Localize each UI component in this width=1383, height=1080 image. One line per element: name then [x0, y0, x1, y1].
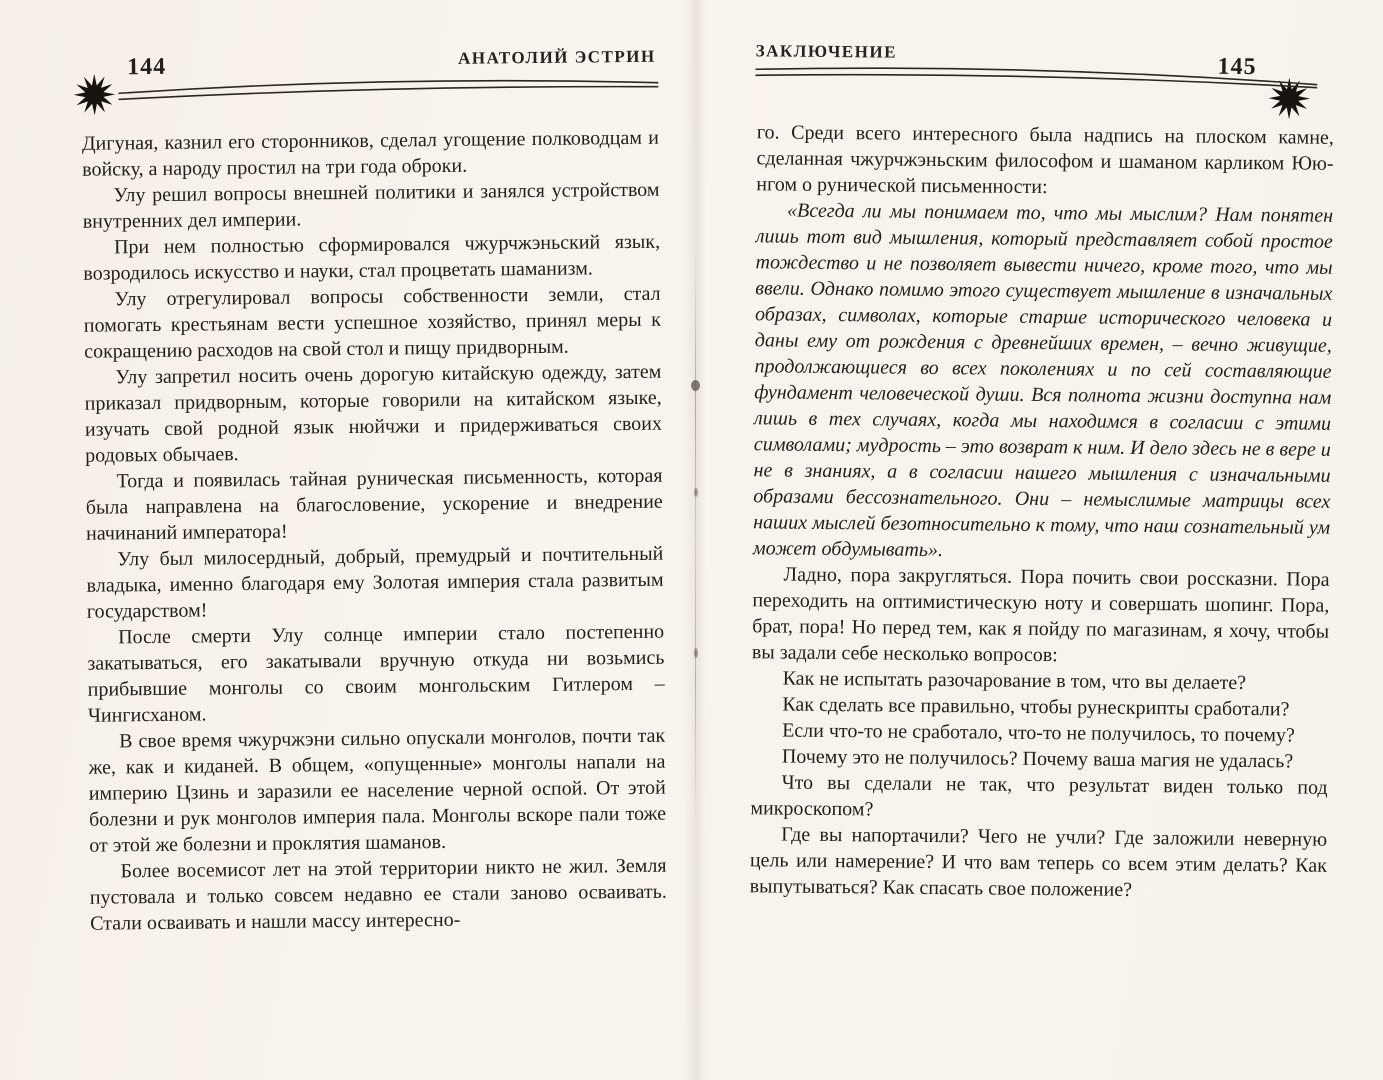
header-rule	[755, 59, 1317, 88]
paragraph: Тогда и появилась тайная руническая пись…	[85, 463, 663, 547]
star-ornament-icon	[68, 68, 121, 121]
paragraph: Дигуная, казнил его сторонников, сделал …	[82, 125, 660, 183]
paragraph: «Всегда ли мы понимаем то, что мы мыслим…	[753, 197, 1333, 567]
page-header-right: ЗАКЛЮЧЕНИЕ 145	[697, 0, 1383, 121]
paragraph: Улу решил вопросы внешней политики и зан…	[82, 177, 660, 235]
paragraph: го. Среди всего интересного была надпись…	[756, 119, 1334, 203]
paragraph: Ладно, пора закругляться. Пора почить св…	[752, 561, 1330, 671]
paragraph: После смерти Улу солнце империи стало по…	[87, 619, 665, 729]
paragraph: Где вы напортачили? Чего не учли? Где за…	[750, 821, 1328, 905]
running-head-author: АНАТОЛИЙ ЭСТРИН	[458, 47, 656, 69]
paragraph: Что вы сделали не так, что результат вид…	[750, 769, 1327, 827]
left-page-text: Дигуная, казнил его сторонников, сделал …	[82, 115, 668, 937]
page-header-left: 144 АНАТОЛИЙ ЭСТРИН	[0, 0, 691, 122]
right-page-text: го. Среди всего интересного была надпись…	[750, 115, 1334, 905]
paragraph: Более восемисот лет на этой территории н…	[89, 853, 667, 937]
paragraph: В свое время чжурчжэни сильно опускали м…	[88, 723, 666, 859]
page-number: 144	[127, 54, 166, 81]
book-spread: 144 АНАТОЛИЙ ЭСТРИН Дигуная, казнил его …	[0, 0, 1383, 1080]
header-rule	[118, 75, 658, 105]
paragraph: Улу отрегулировал вопросы собственности …	[83, 281, 661, 365]
paragraph: При нем полностью сформировался чжурчжэн…	[83, 229, 661, 287]
paragraph: Улу был милосердный, добрый, премудрый и…	[86, 541, 664, 625]
page-left: 144 АНАТОЛИЙ ЭСТРИН Дигуная, казнил его …	[0, 0, 701, 1080]
page-right: ЗАКЛЮЧЕНИЕ 145 го. Среди всего интересно…	[688, 0, 1383, 1080]
paragraph: Улу запретил носить очень дорогую китайс…	[84, 359, 662, 469]
